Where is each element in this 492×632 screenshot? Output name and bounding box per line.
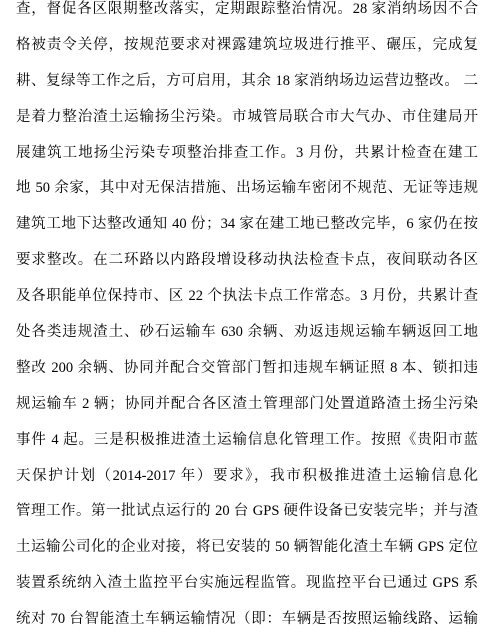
body-text: 查，督促各区限期整改落实，定期跟踪整治情况。28 家消纳场因不合 格被责令关停，… [16, 0, 478, 632]
text-line: 装置系统纳入渣土监控平台实施远程监管。现监控平台已通过 GPS 系 [16, 566, 478, 602]
text-line: 要求整改。在二环路以内路段增设移动执法检查卡点，夜间联动各区 [16, 243, 478, 279]
text-line: 事件 4 起。三是积极推进渣土运输信息化管理工作。按照《贵阳市蓝 [16, 423, 478, 459]
text-line: 展建筑工地扬尘污染专项整治排查工作。3 月份，共累计检查在建工 [16, 136, 478, 172]
text-line: 规运输车 2 辆；协同并配合各区渣土管理部门处置道路渣土扬尘污染 [16, 387, 478, 423]
text-line: 管理工作。第一批试点运行的 20 台 GPS 硬件设备已安装完毕；并与渣 [16, 494, 478, 530]
document-page: 查，督促各区限期整改落实，定期跟踪整治情况。28 家消纳场因不合 格被责令关停，… [0, 0, 492, 632]
text-line: 土运输公司化的企业对接，将已安装的 50 辆智能化渣土车辆 GPS 定位 [16, 530, 478, 566]
text-line: 整改 200 余辆、协同并配合交管部门暂扣违规车辆证照 8 本、锁扣违 [16, 351, 478, 387]
text-line: 地 50 余家，其中对无保洁措施、出场运输车密闭不规范、无证等违规 [16, 171, 478, 207]
text-line: 格被责令关停，按规范要求对裸露建筑垃圾进行推平、碾压，完成复 [16, 28, 478, 64]
text-line: 建筑工地下达整改通知 40 份；34 家在建工地已整改完毕，6 家仍在按 [16, 207, 478, 243]
text-line: 天保护计划（2014-2017 年）要求》，我市积极推进渣土运输信息化 [16, 459, 478, 495]
text-line: 及各职能单位保持市、区 22 个执法卡点工作常态。3 月份，共累计查 [16, 279, 478, 315]
text-line: 查，督促各区限期整改落实，定期跟踪整治情况。28 家消纳场因不合 [16, 0, 478, 28]
text-line: 处各类违规渣土、砂石运输车 630 余辆、劝返违规运输车辆返回工地 [16, 315, 478, 351]
text-line: 耕、复绿等工作之后，方可启用，其余 18 家消纳场边运营边整改。 二 [16, 64, 478, 100]
text-line: 统对 70 台智能渣土车辆运输情况（即：车辆是否按照运输线路、运输 [16, 602, 478, 632]
text-line: 是着力整治渣土运输扬尘污染。市城管局联合市大气办、市住建局开 [16, 100, 478, 136]
